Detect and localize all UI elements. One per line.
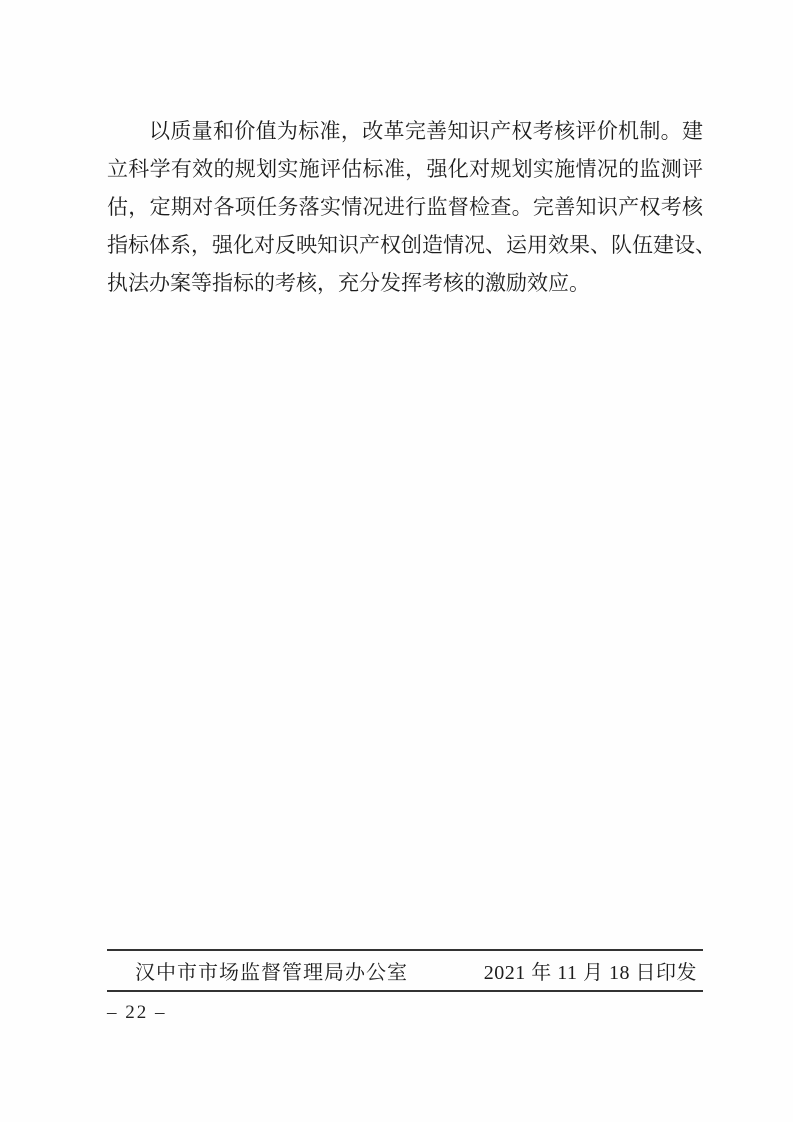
paragraph-line: 以质量和价值为标准，改革完善知识产权考核评价机制。建 [107, 112, 703, 150]
page-number: – 22 – [107, 1002, 167, 1024]
footer-issuer: 汉中市市场监督管理局办公室 [135, 956, 408, 985]
colophon: 汉中市市场监督管理局办公室 2021 年 11 月 18 日印发 [107, 953, 703, 988]
document-page: 以质量和价值为标准，改革完善知识产权考核评价机制。建 立科学有效的规划实施评估标… [0, 0, 793, 1122]
paragraph-line: 执法办案等指标的考核，充分发挥考核的激励效应。 [107, 264, 703, 302]
paragraph-line: 估，定期对各项任务落实情况进行监督检查。完善知识产权考核 [107, 188, 703, 226]
paragraph-line: 立科学有效的规划实施评估标准，强化对规划实施情况的监测评 [107, 150, 703, 188]
footer-print-date: 2021 年 11 月 18 日印发 [484, 956, 697, 985]
paragraph-line: 指标体系，强化对反映知识产权创造情况、运用效果、队伍建设、 [107, 226, 703, 264]
footer-rule-bottom [107, 990, 703, 992]
body-paragraph: 以质量和价值为标准，改革完善知识产权考核评价机制。建 立科学有效的规划实施评估标… [107, 112, 703, 302]
footer-rule-top [107, 949, 703, 951]
